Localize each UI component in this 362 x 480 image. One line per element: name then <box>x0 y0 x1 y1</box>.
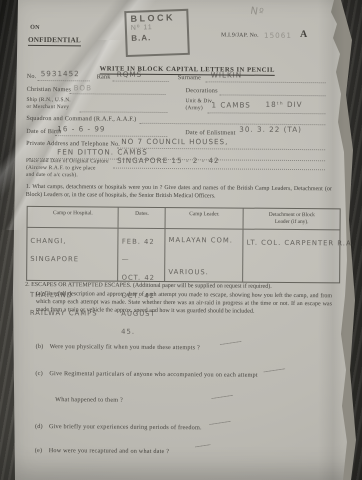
stamp-line1: BLOCK <box>130 12 182 24</box>
no-label: No. <box>27 73 37 81</box>
question-2c-followup: What happened to them ? <box>55 396 123 404</box>
unit-div-label: Unit & Div. (Army) <box>185 98 213 112</box>
question-2c: Give Regimental particulars of anyone wh… <box>49 370 257 379</box>
no-value: 5931452 <box>41 69 80 79</box>
question-2e: How were you recaptured and on what date… <box>49 447 169 456</box>
ship-label: Ship (R.N., U.S.N. or Merchant Navy <box>26 97 70 111</box>
question-1: 1. What camps, detachments or hospitals … <box>26 184 332 202</box>
div-value: 18ᵗʰ DIV <box>265 100 302 110</box>
cell-dates: FEB. 42 — OCT. 42 OCT. 42 AUGUST 45. <box>118 228 165 280</box>
camps-table: Camp or Hospital. Dates. Camp Leader. De… <box>26 206 341 283</box>
question-2d: Give briefly your experiences during per… <box>49 423 202 432</box>
squadron-label: Squadron and Command (R.A.F., A.A.F.) <box>26 115 136 124</box>
stamp-line2: Nº 11 <box>131 23 183 32</box>
address-value-line1: NO 7 COUNCIL HOUSES, <box>121 137 228 147</box>
pencil-scribble: Nº <box>249 5 265 21</box>
capture-label: Place and Date of Original Capture (Airc… <box>26 158 109 179</box>
enlistment-label: Date of Enlistment <box>185 129 235 137</box>
table-header-row: Camp or Hospital. Dates. Camp Leader. De… <box>28 207 340 230</box>
col-header-leader: Camp Leader. <box>165 208 243 228</box>
cell-camps: CHANGI, SINGAPORE THAILAND RAILWAY CAMPS <box>27 227 118 280</box>
surname-label: Surname <box>178 74 201 82</box>
rank-label: Rank <box>97 73 111 81</box>
capture-value: SINGAPORE 15 - 2 - 42 <box>117 156 220 166</box>
unit-value: 1 CAMBS <box>211 100 250 110</box>
question-2b: Were you physically fit when you made th… <box>50 343 200 352</box>
decorations-label: Decorations <box>186 87 218 95</box>
item-b-label: (b) <box>36 343 44 351</box>
page-content: ON ONFIDENTIAL BLOCK Nº 11 B.A. Nº M.I.9… <box>0 0 362 480</box>
corner-note: ON <box>30 24 40 32</box>
letter-a-stamp: A <box>300 29 308 42</box>
christian-names-label: Christian Names <box>27 86 71 94</box>
table-body-row: CHANGI, SINGAPORE THAILAND RAILWAY CAMPS… <box>27 227 339 281</box>
ref-number-label: M.I.9/JAP. No. <box>221 32 259 40</box>
cell-detachment: LT. COL. CARPENTER R.A. <box>242 229 339 282</box>
enlistment-value: 30. 3. 22 (TA) <box>239 125 302 135</box>
confidential-marking: ONFIDENTIAL <box>28 36 81 45</box>
ref-number-value: 15061 <box>264 31 292 41</box>
cell-leaders: MALAYAN COM. VARIOUS. <box>164 228 242 281</box>
col-header-dates: Dates. <box>118 208 165 228</box>
col-header-camp: Camp or Hospital. <box>28 207 119 227</box>
stamp-line3: B.A. <box>131 32 183 43</box>
question-2a: (a) Give full description and approx. da… <box>36 291 332 317</box>
dob-value: 16 - 6 - 99 <box>57 124 105 134</box>
item-e-label: (e) <box>35 447 43 455</box>
rank-value: RQMS <box>117 70 142 80</box>
surname-value: WILKIN <box>211 70 242 80</box>
scanned-pow-form-photo: ON ONFIDENTIAL BLOCK Nº 11 B.A. Nº M.I.9… <box>0 0 362 480</box>
block-stamp: BLOCK Nº 11 B.A. <box>124 9 190 57</box>
item-c-label: (c) <box>35 370 43 378</box>
col-header-detachment: Detachment or Block Leader (if any). <box>243 209 340 229</box>
item-d-label: (d) <box>35 423 43 431</box>
